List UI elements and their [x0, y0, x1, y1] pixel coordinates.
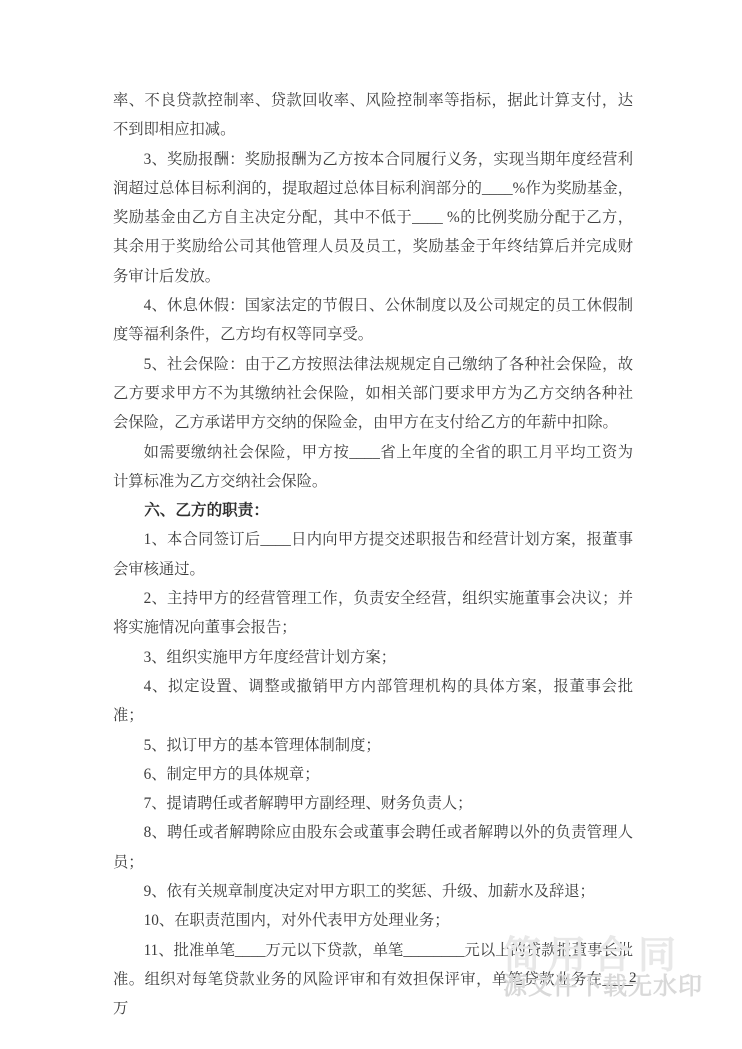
document-body: 率、不良贷款控制率、贷款回收率、风险控制率等指标，据此计算支付，达不到即相应扣减…: [113, 86, 633, 1024]
section-heading-party-b-duties: 六、乙方的职责：: [113, 496, 633, 525]
paragraph-duty-4: 4、拟定设置、调整或撤销甲方内部管理机构的具体方案，报董事会批准；: [113, 672, 633, 731]
document-page: 率、不良贷款控制率、贷款回收率、风险控制率等指标，据此计算支付，达不到即相应扣减…: [0, 0, 742, 1049]
paragraph-clause5-social-insurance: 5、社会保险：由于乙方按照法律法规规定自己缴纳了各种社会保险，故乙方要求甲方不为…: [113, 350, 633, 438]
paragraph-social-insurance-standard: 如需要缴纳社会保险，甲方按____省上年度的全省的职工月平均工资为计算标准为乙方…: [113, 438, 633, 497]
paragraph-duty-8: 8、聘任或者解聘除应由股东会或董事会聘任或者解聘以外的负责管理人员；: [113, 818, 633, 877]
paragraph-duty-5: 5、拟订甲方的基本管理体制制度；: [113, 731, 633, 760]
paragraph-duty-9: 9、依有关规章制度决定对甲方职工的奖惩、升级、加薪水及辞退；: [113, 877, 633, 906]
paragraph-clause3-reward-pay: 3、奖励报酬：奖励报酬为乙方按本合同履行义务，实现当期年度经营利润超过总体目标利…: [113, 145, 633, 291]
paragraph-kpi-continuation: 率、不良贷款控制率、贷款回收率、风险控制率等指标，据此计算支付，达不到即相应扣减…: [113, 86, 633, 145]
paragraph-duty-6: 6、制定甲方的具体规章；: [113, 760, 633, 789]
paragraph-clause4-rest-holidays: 4、休息休假：国家法定的节假日、公休制度以及公司规定的员工休假制度等福利条件，乙…: [113, 291, 633, 350]
paragraph-duty-3: 3、组织实施甲方年度经营计划方案；: [113, 643, 633, 672]
page-number: 2: [629, 970, 637, 987]
paragraph-duty-1: 1、本合同签订后____日内向甲方提交述职报告和经营计划方案，报董事会审核通过。: [113, 525, 633, 584]
paragraph-duty-2: 2、主持甲方的经营管理工作，负责安全经营，组织实施董事会决议；并将实施情况向董事…: [113, 584, 633, 643]
watermark-tagline-text: 源文件下载无水印: [503, 966, 703, 1001]
paragraph-duty-7: 7、提请聘任或者解聘甲方副经理、财务负责人；: [113, 789, 633, 818]
